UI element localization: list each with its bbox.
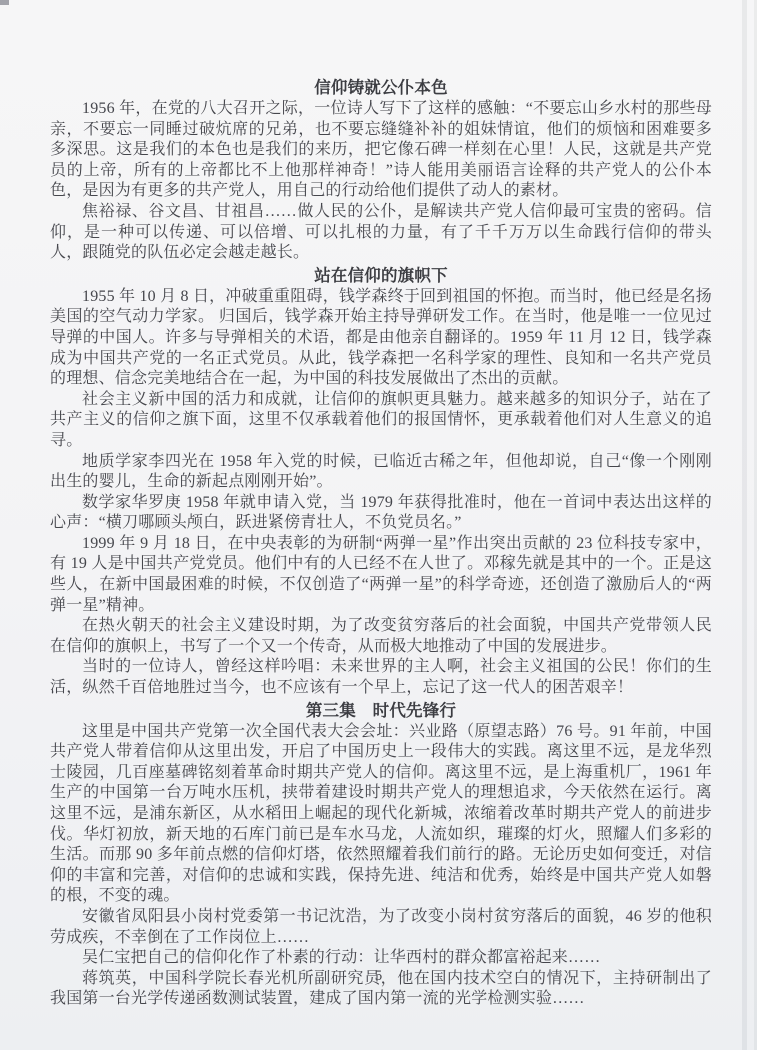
paragraph: 当时的一位诗人，曾经这样吟唱：未来世界的主人啊，社会主义祖国的公民！你们的生活，… — [50, 657, 712, 698]
paragraph: 焦裕禄、谷文昌、甘祖昌……做人民的公仆，是解读共产党人信仰最可宝贵的密码。信仰，… — [50, 202, 712, 264]
scanned-document-page: 信仰铸就公仆本色 1956 年，在党的八大召开之际，一位诗人写下了这样的感触：“… — [0, 0, 757, 1050]
paragraph: 1955 年 10 月 8 日，冲破重重阻碍，钱学森终于回到祖国的怀抱。而当时，… — [50, 287, 712, 390]
page-number: 5 — [0, 968, 757, 985]
paragraph: 1956 年，在党的八大召开之际，一位诗人写下了这样的感触：“不要忘山乡水村的那… — [50, 99, 712, 202]
document-body: 信仰铸就公仆本色 1956 年，在党的八大召开之际，一位诗人写下了这样的感触：“… — [50, 76, 712, 1010]
paragraph: 社会主义新中国的活力和成就，让信仰的旗帜更具魅力。越来越多的知识分子，站在了共产… — [50, 390, 712, 452]
section-heading: 信仰铸就公仆本色 — [50, 77, 712, 98]
paragraph: 数学家华罗庚 1958 年就申请入党，当 1979 年获得批准时，他在一首词中表… — [50, 493, 712, 534]
paragraph: 1999 年 9 月 18 日，在中央表彰的为研制“两弹一星”作出突出贡献的 2… — [50, 534, 712, 616]
scan-edge-shadow — [742, 0, 747, 1050]
paragraph: 地质学家李四光在 1958 年入党的时候，已临近古稀之年，但他却说，自己“像一个… — [50, 452, 712, 493]
scan-corner-artifact — [0, 0, 9, 5]
paragraph: 安徽省凤阳县小岗村党委第一书记沈浩，为了改变小岗村贫穷落后的面貌，46 岁的他积… — [50, 907, 712, 948]
section-heading: 第三集 时代先锋行 — [50, 700, 712, 721]
section-heading: 站在信仰的旗帜下 — [50, 265, 712, 286]
paragraph: 在热火朝天的社会主义建设时期，为了改变贫穷落后的社会面貌，中国共产党带领人民在信… — [50, 616, 712, 657]
paragraph: 吴仁宝把自己的信仰化作了朴素的行动：让华西村的群众都富裕起来…… — [50, 948, 712, 969]
paragraph: 这里是中国共产党第一次全国代表大会会址：兴业路（原望志路）76 号。91 年前，… — [50, 722, 712, 907]
